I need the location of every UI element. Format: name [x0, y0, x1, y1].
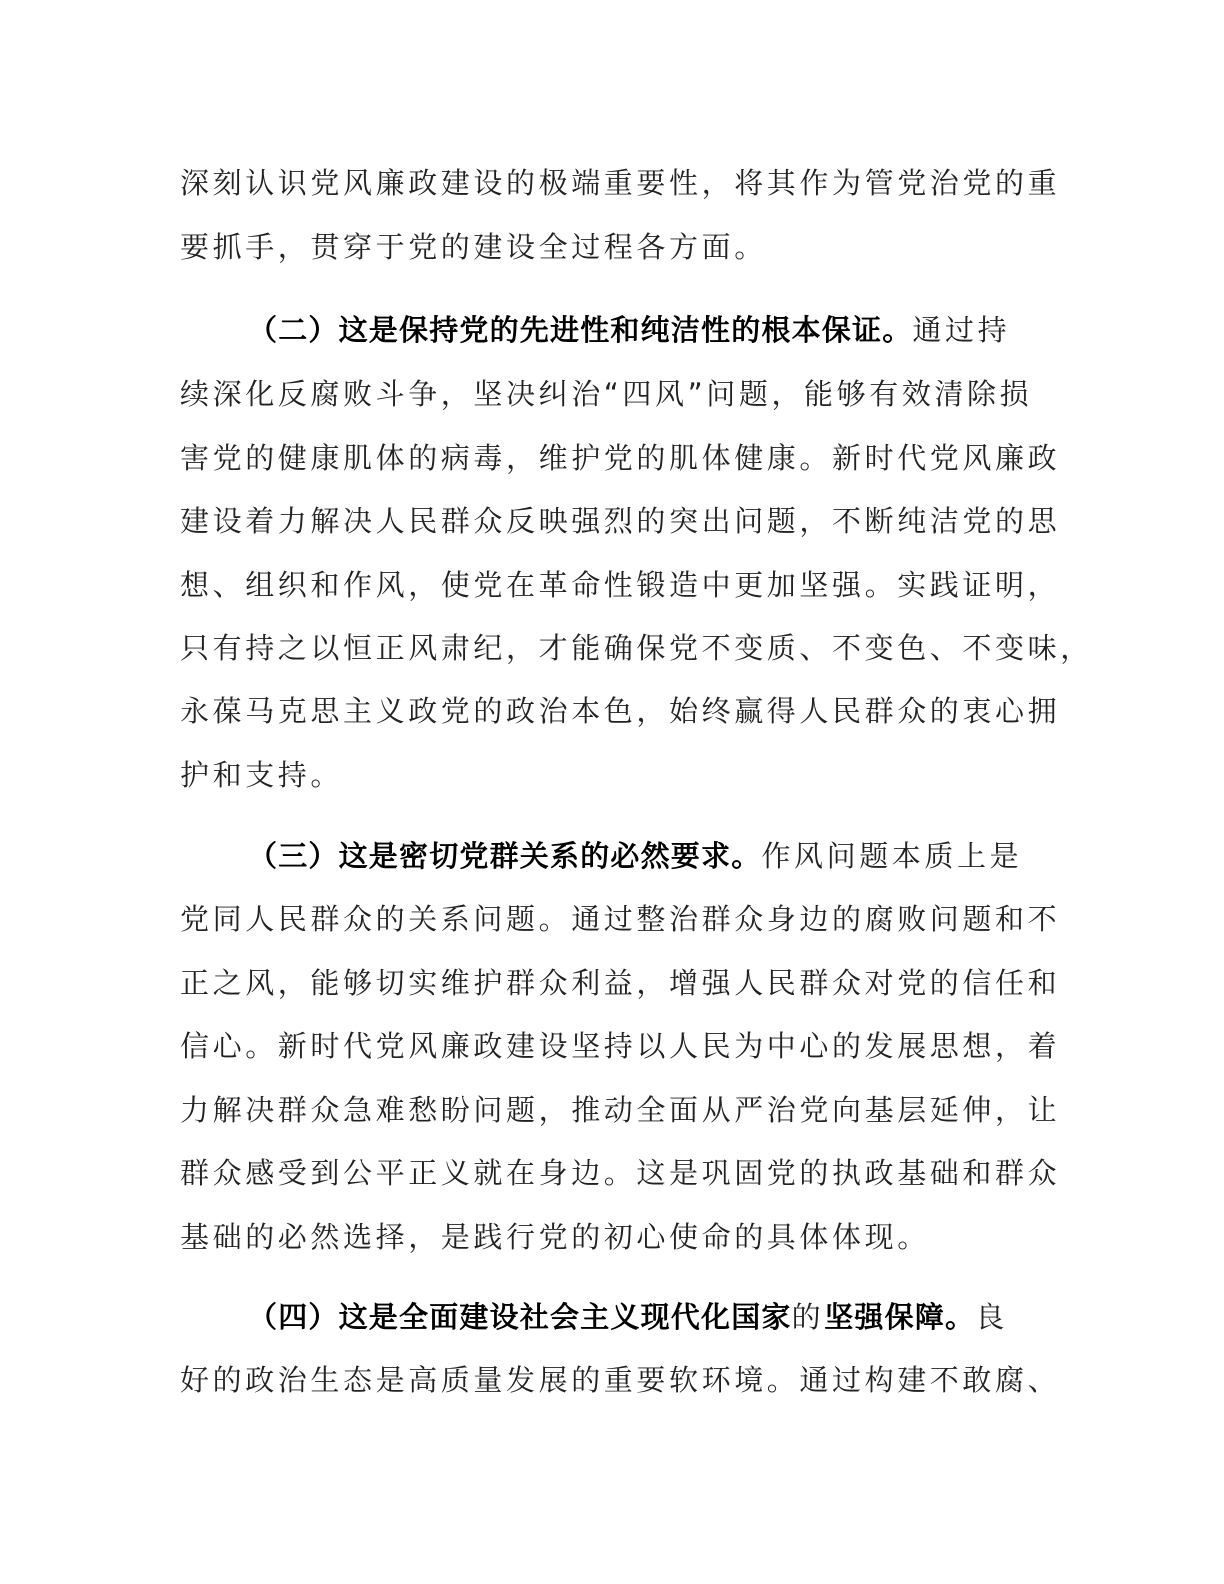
section-heading-2: （二）这是保持党的先进性和纯洁性的根本保证。通过持	[248, 310, 1128, 350]
heading-tail-text: 良	[975, 1300, 1008, 1334]
heading-tail-text: 通过持	[912, 313, 1010, 347]
text-line: 基础的必然选择，是践行党的初心使命的具体体现。	[180, 1217, 1060, 1257]
section-heading-4: （四）这是全面建设社会主义现代化国家的坚强保障。良	[248, 1297, 1128, 1337]
text-line: 建设着力解决人民群众反映强烈的突出问题，不断纯洁党的思	[180, 501, 1060, 541]
section-heading-3: （三）这是密切党群关系的必然要求。作风问题本质上是	[248, 836, 1128, 876]
document-page: 深刻认识党风廉政建设的极端重要性，将其作为管党治党的重 要抓手，贯穿于党的建设全…	[0, 0, 1224, 1584]
text-line: 信心。新时代党风廉政建设坚持以人民为中心的发展思想，着	[180, 1026, 1060, 1066]
text-line: 害党的健康肌体的病毒，维护党的肌体健康。新时代党风廉政	[180, 438, 1060, 478]
heading-bold-text: （二）这是保持党的先进性和纯洁性的根本保证。	[248, 313, 912, 347]
text-line: 要抓手，贯穿于党的建设全过程各方面。	[180, 227, 1060, 267]
text-line: 永葆马克思主义政党的政治本色，始终赢得人民群众的衷心拥	[180, 691, 1060, 731]
heading-regular-char: 的	[792, 1300, 825, 1334]
text-line: 续深化反腐败斗争，坚决纠治“四风”问题，能够有效清除损	[180, 374, 1060, 414]
text-line: 想、组织和作风，使党在革命性锻造中更加坚强。实践证明，	[180, 565, 1060, 605]
heading-bold-text: 坚强保障。	[824, 1300, 975, 1334]
heading-tail-text: 作风问题本质上是	[761, 839, 1022, 873]
text-line: 深刻认识党风廉政建设的极端重要性，将其作为管党治党的重	[180, 163, 1060, 203]
text-line: 群众感受到公平正义就在身边。这是巩固党的执政基础和群众	[180, 1153, 1060, 1193]
heading-bold-text: （三）这是密切党群关系的必然要求。	[248, 839, 761, 873]
text-line: 正之风，能够切实维护群众利益，增强人民群众对党的信任和	[180, 963, 1060, 1003]
text-line: 护和支持。	[180, 755, 1060, 795]
text-line: 力解决群众急难愁盼问题，推动全面从严治党向基层延伸，让	[180, 1090, 1060, 1130]
text-line: 好的政治生态是高质量发展的重要软环境。通过构建不敢腐、	[180, 1360, 1060, 1400]
text-line: 只有持之以恒正风肃纪，才能确保党不变质、不变色、不变味，	[180, 628, 1060, 668]
text-line: 党同人民群众的关系问题。通过整治群众身边的腐败问题和不	[180, 899, 1060, 939]
heading-bold-text: （四）这是全面建设社会主义现代化国家	[248, 1300, 792, 1334]
